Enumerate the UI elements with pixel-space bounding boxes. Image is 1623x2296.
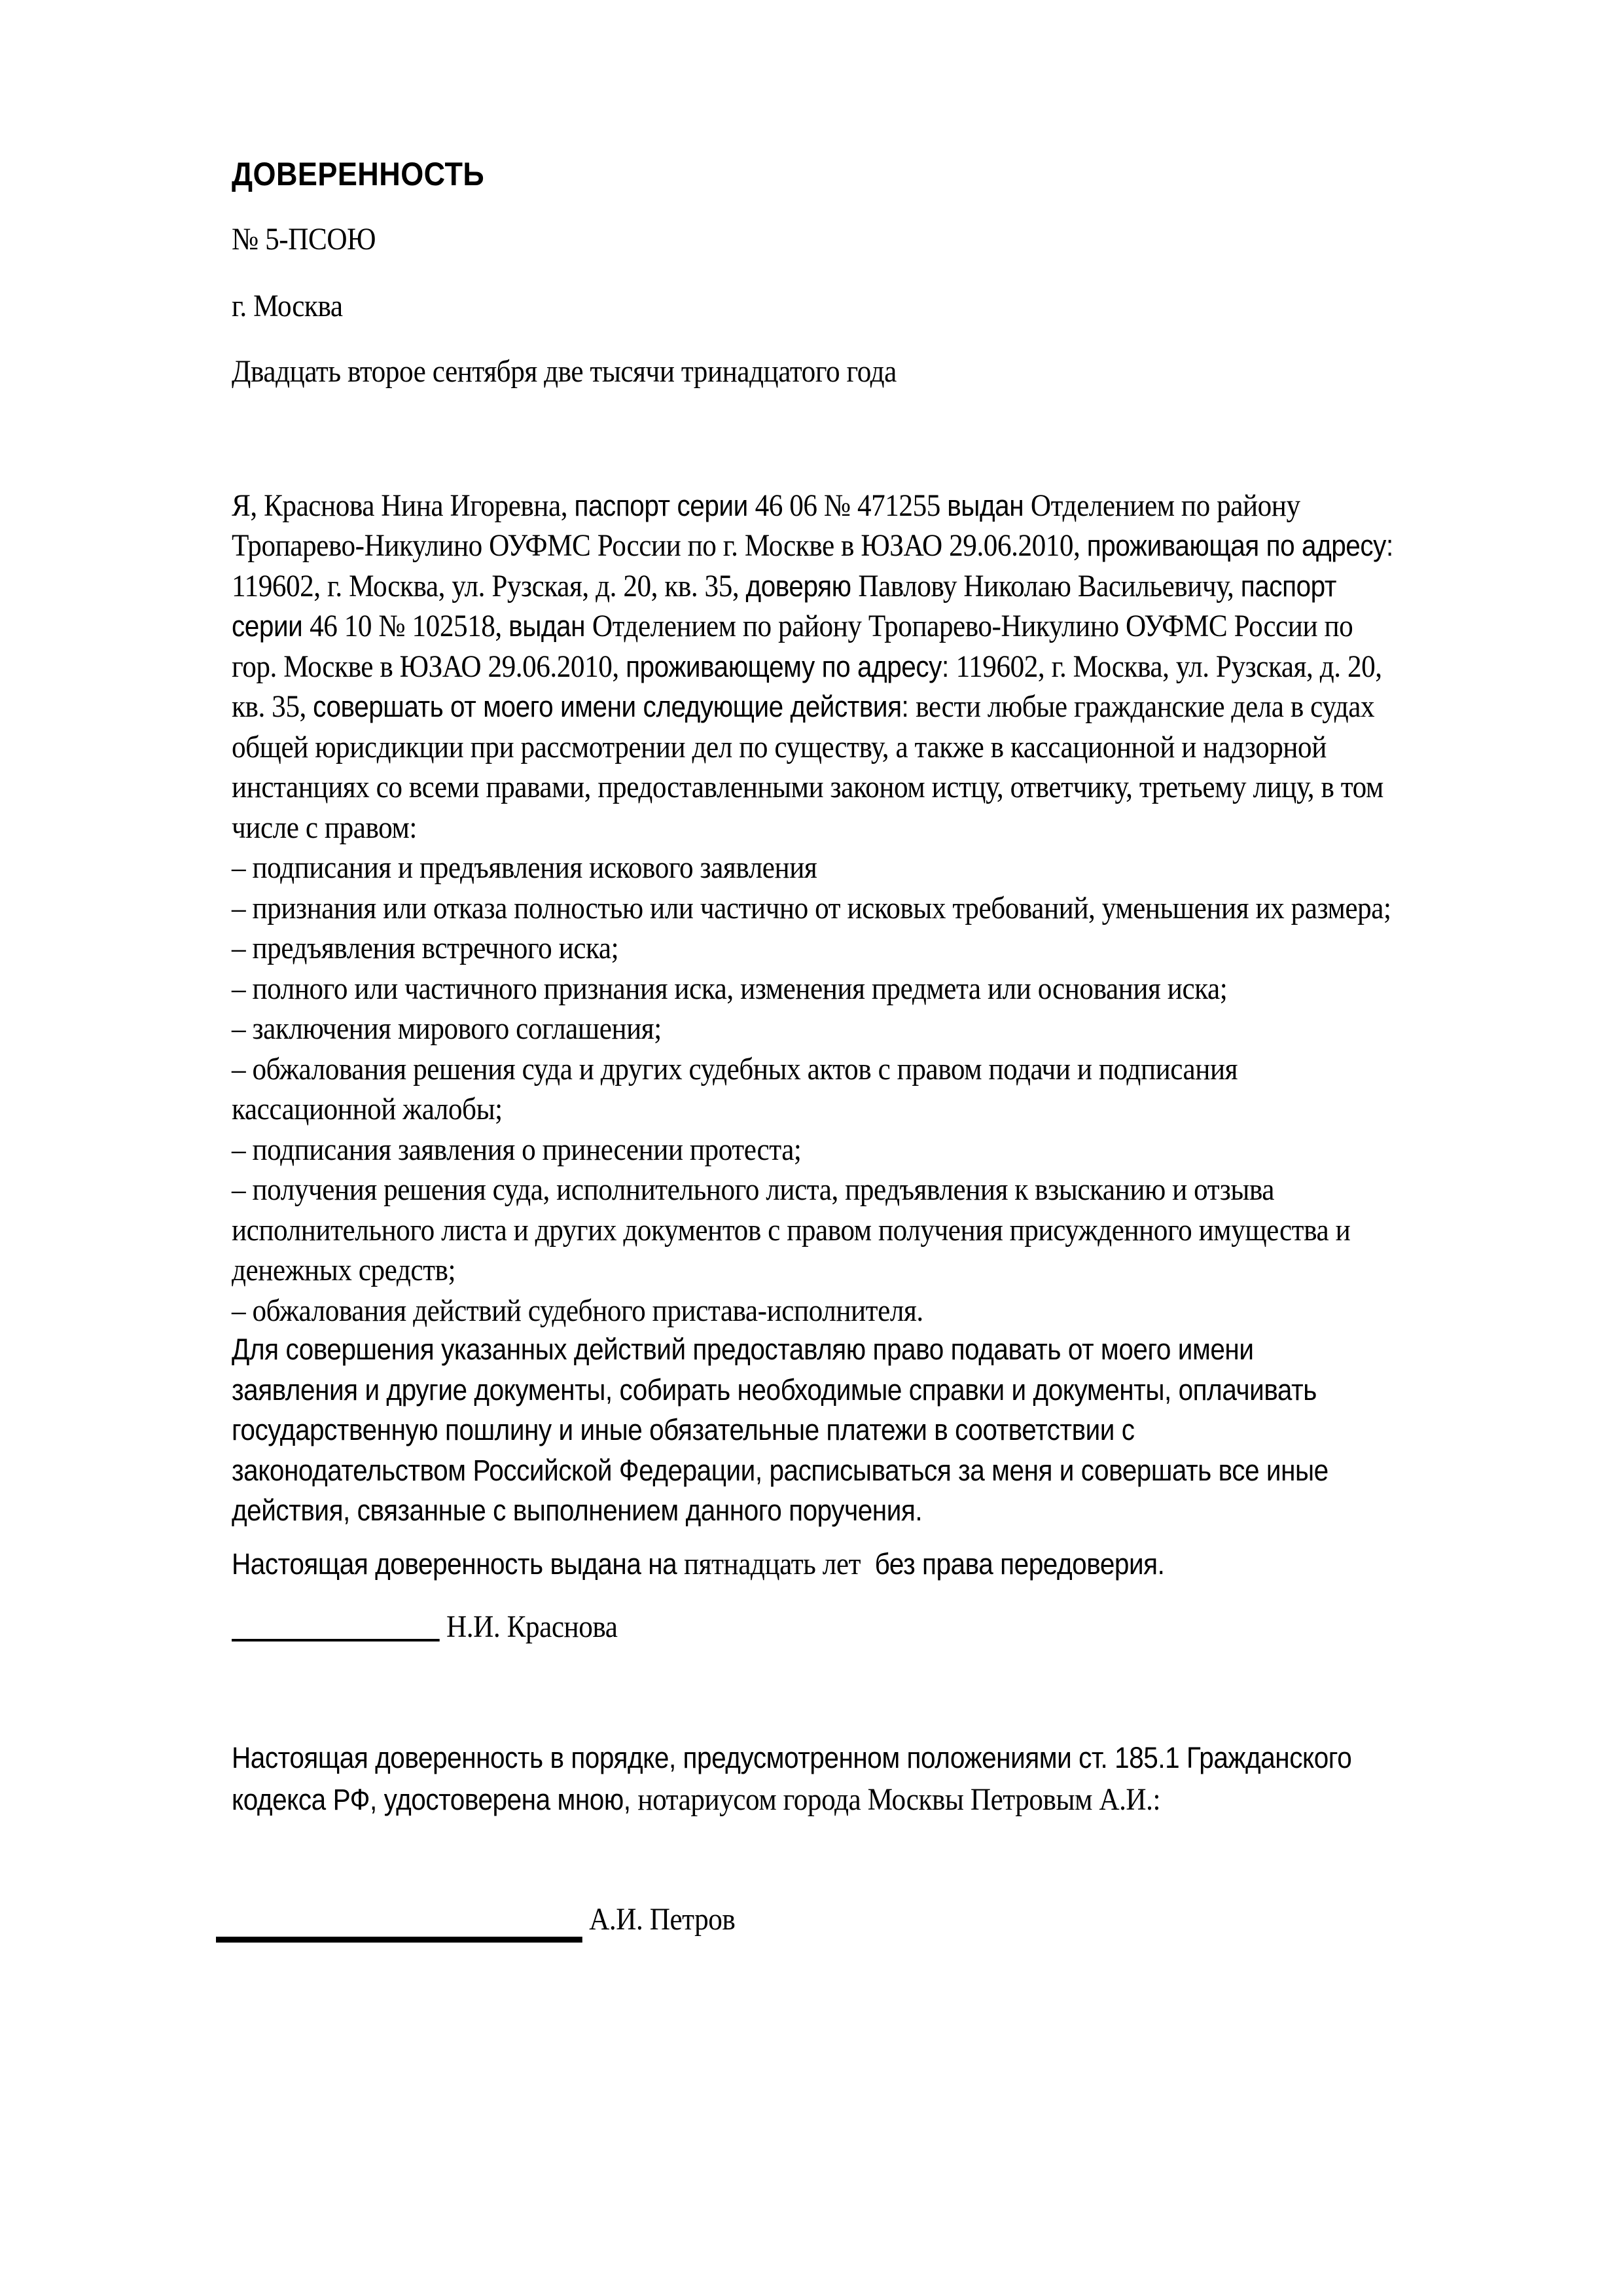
text-segment: выдан	[947, 489, 1031, 522]
notary-line: кодекса РФ, удостоверена мною, нотариусо…	[232, 1782, 1160, 1818]
text-segment: ДОВЕРЕННОСТЬ	[232, 156, 484, 192]
text-segment: выдан	[508, 609, 592, 643]
body-line: общей юрисдикции при рассмотрении дел по…	[232, 729, 1327, 765]
body-line: Я, Краснова Нина Игоревна, паспорт серии…	[232, 488, 1300, 524]
text-segment: 119602, г. Москва, ул. Рузская, д. 20, к…	[232, 569, 746, 603]
document-page: ДОВЕРЕННОСТЬ№ 5-ПСОЮг. МоскваДвадцать вт…	[0, 0, 1623, 2296]
text-segment: – признания или отказа полностью или час…	[232, 891, 1391, 925]
clause-line: – подписания заявления о принесении прот…	[232, 1132, 801, 1168]
text-segment: проживающая по адресу:	[1087, 529, 1393, 562]
text-segment: – предъявления встречного иска;	[232, 931, 618, 965]
signature-underline	[216, 1937, 582, 1943]
body-line: серии 46 10 № 102518, выдан Отделением п…	[232, 608, 1353, 644]
body-line: Для совершения указанных действий предос…	[232, 1333, 1254, 1367]
text-segment: инстанциях со всеми правами, предоставле…	[232, 770, 1383, 804]
text-segment: Павлову Николаю Васильевичу,	[858, 569, 1240, 603]
text-segment: кодекса РФ, удостоверена мною,	[232, 1783, 637, 1816]
text-segment: – заключения мирового соглашения;	[232, 1011, 662, 1046]
text-segment: Отделением по району	[1031, 488, 1300, 523]
text-segment: совершать от моего имени следующие дейст…	[313, 690, 916, 723]
text-segment: кв. 35,	[232, 689, 313, 724]
text-segment: денежных средств;	[232, 1253, 455, 1287]
clause-line: – полного или частичного признания иска,…	[232, 971, 1227, 1007]
body-line: заявления и другие документы, собирать н…	[232, 1373, 1317, 1407]
validity-line: Настоящая доверенность выдана на пятнадц…	[232, 1546, 1164, 1582]
doc-number: № 5-ПСОЮ	[232, 221, 376, 257]
text-segment: – подписания заявления о принесении прот…	[232, 1132, 801, 1167]
clause-line: – обжалования действий судебного пристав…	[232, 1293, 923, 1329]
text-segment: Н.И. Краснова	[440, 1609, 618, 1644]
body-line: государственную пошлину и иные обязатель…	[232, 1413, 1135, 1447]
doc-place: г. Москва	[232, 288, 343, 324]
text-segment: Двадцать второе сентября две тысячи трин…	[232, 354, 897, 389]
text-segment: нотариусом города Москвы Петровым А.И.:	[637, 1782, 1160, 1817]
text-segment: числе с правом:	[232, 810, 417, 845]
text-segment: исполнительного листа и других документо…	[232, 1213, 1350, 1247]
signature-principal: Н.И. Краснова	[232, 1609, 617, 1645]
body-line: 119602, г. Москва, ул. Рузская, д. 20, к…	[232, 568, 1336, 604]
text-segment: доверяю	[746, 569, 859, 603]
text-segment: 46 06 № 471255	[755, 488, 948, 523]
body-line: кв. 35, совершать от моего имени следующ…	[232, 689, 1374, 725]
signature-underline	[232, 1639, 440, 1641]
clause-line: – признания или отказа полностью или час…	[232, 890, 1391, 926]
text-segment: – обжалования действий судебного пристав…	[232, 1293, 923, 1328]
clause-line: – обжалования решения суда и других суде…	[232, 1051, 1238, 1087]
clause-line: – подписания и предъявления искового зая…	[232, 850, 817, 886]
clause-line: – получения решения суда, исполнительног…	[232, 1172, 1274, 1208]
text-segment: А.И. Петров	[582, 1902, 736, 1937]
text-segment: – получения решения суда, исполнительног…	[232, 1172, 1274, 1207]
text-segment: Настоящая доверенность выдана на	[232, 1547, 684, 1581]
clause-line: исполнительного листа и других документо…	[232, 1212, 1350, 1248]
text-segment: проживающему по адресу:	[626, 650, 956, 683]
text-segment: заявления и другие документы, собирать н…	[232, 1373, 1317, 1407]
text-segment: Отделением по району Тропарево-Никулино …	[592, 609, 1353, 643]
body-line: гор. Москве в ЮЗАО 29.06.2010, проживающ…	[232, 649, 1382, 685]
text-segment: 46 10 № 102518,	[310, 609, 508, 643]
text-segment: г. Москва	[232, 289, 343, 323]
text-segment: 119602, г. Москва, ул. Рузская, д. 20,	[956, 649, 1382, 684]
signature-notary: А.И. Петров	[216, 1901, 735, 1943]
clause-line: – предъявления встречного иска;	[232, 930, 618, 966]
text-segment: Тропарево-Никулино ОУФМС России по г. Мо…	[232, 528, 1087, 563]
text-segment: – обжалования решения суда и других суде…	[232, 1052, 1238, 1086]
text-segment: действия, связанные с выполнением данног…	[232, 1494, 922, 1527]
clause-line: – заключения мирового соглашения;	[232, 1011, 662, 1047]
body-line: числе с правом:	[232, 810, 417, 846]
body-line: Тропарево-Никулино ОУФМС России по г. Мо…	[232, 528, 1393, 564]
text-segment: кассационной жалобы;	[232, 1092, 503, 1126]
text-segment: № 5-ПСОЮ	[232, 222, 376, 257]
body-line: законодательством Российской Федерации, …	[232, 1454, 1329, 1488]
clause-line: денежных средств;	[232, 1252, 455, 1288]
text-segment: паспорт	[1241, 569, 1336, 603]
body-line: инстанциях со всеми правами, предоставле…	[232, 769, 1383, 805]
doc-date: Двадцать второе сентября две тысячи трин…	[232, 353, 897, 389]
text-segment: гор. Москве в ЮЗАО 29.06.2010,	[232, 649, 626, 684]
notary-line: Настоящая доверенность в порядке, предус…	[232, 1741, 1351, 1775]
text-segment: Настоящая доверенность в порядке, предус…	[232, 1741, 1351, 1774]
body-line: действия, связанные с выполнением данног…	[232, 1494, 922, 1528]
text-segment: серии	[232, 609, 310, 643]
text-segment: Я, Краснова Нина Игоревна,	[232, 488, 574, 523]
text-segment: паспорт серии	[574, 489, 755, 522]
text-segment: без права передоверия.	[861, 1547, 1164, 1581]
text-segment: – полного или частичного признания иска,…	[232, 971, 1227, 1006]
clause-line: кассационной жалобы;	[232, 1091, 503, 1127]
text-segment: общей юрисдикции при рассмотрении дел по…	[232, 730, 1327, 764]
text-segment: Для совершения указанных действий предос…	[232, 1333, 1254, 1366]
text-segment: законодательством Российской Федерации, …	[232, 1454, 1329, 1487]
text-segment: вести любые гражданские дела в судах	[916, 689, 1374, 724]
doc-title: ДОВЕРЕННОСТЬ	[232, 156, 484, 194]
text-segment: – подписания и предъявления искового зая…	[232, 850, 817, 885]
text-segment: государственную пошлину и иные обязатель…	[232, 1413, 1135, 1446]
text-segment: пятнадцать лет	[684, 1547, 861, 1581]
